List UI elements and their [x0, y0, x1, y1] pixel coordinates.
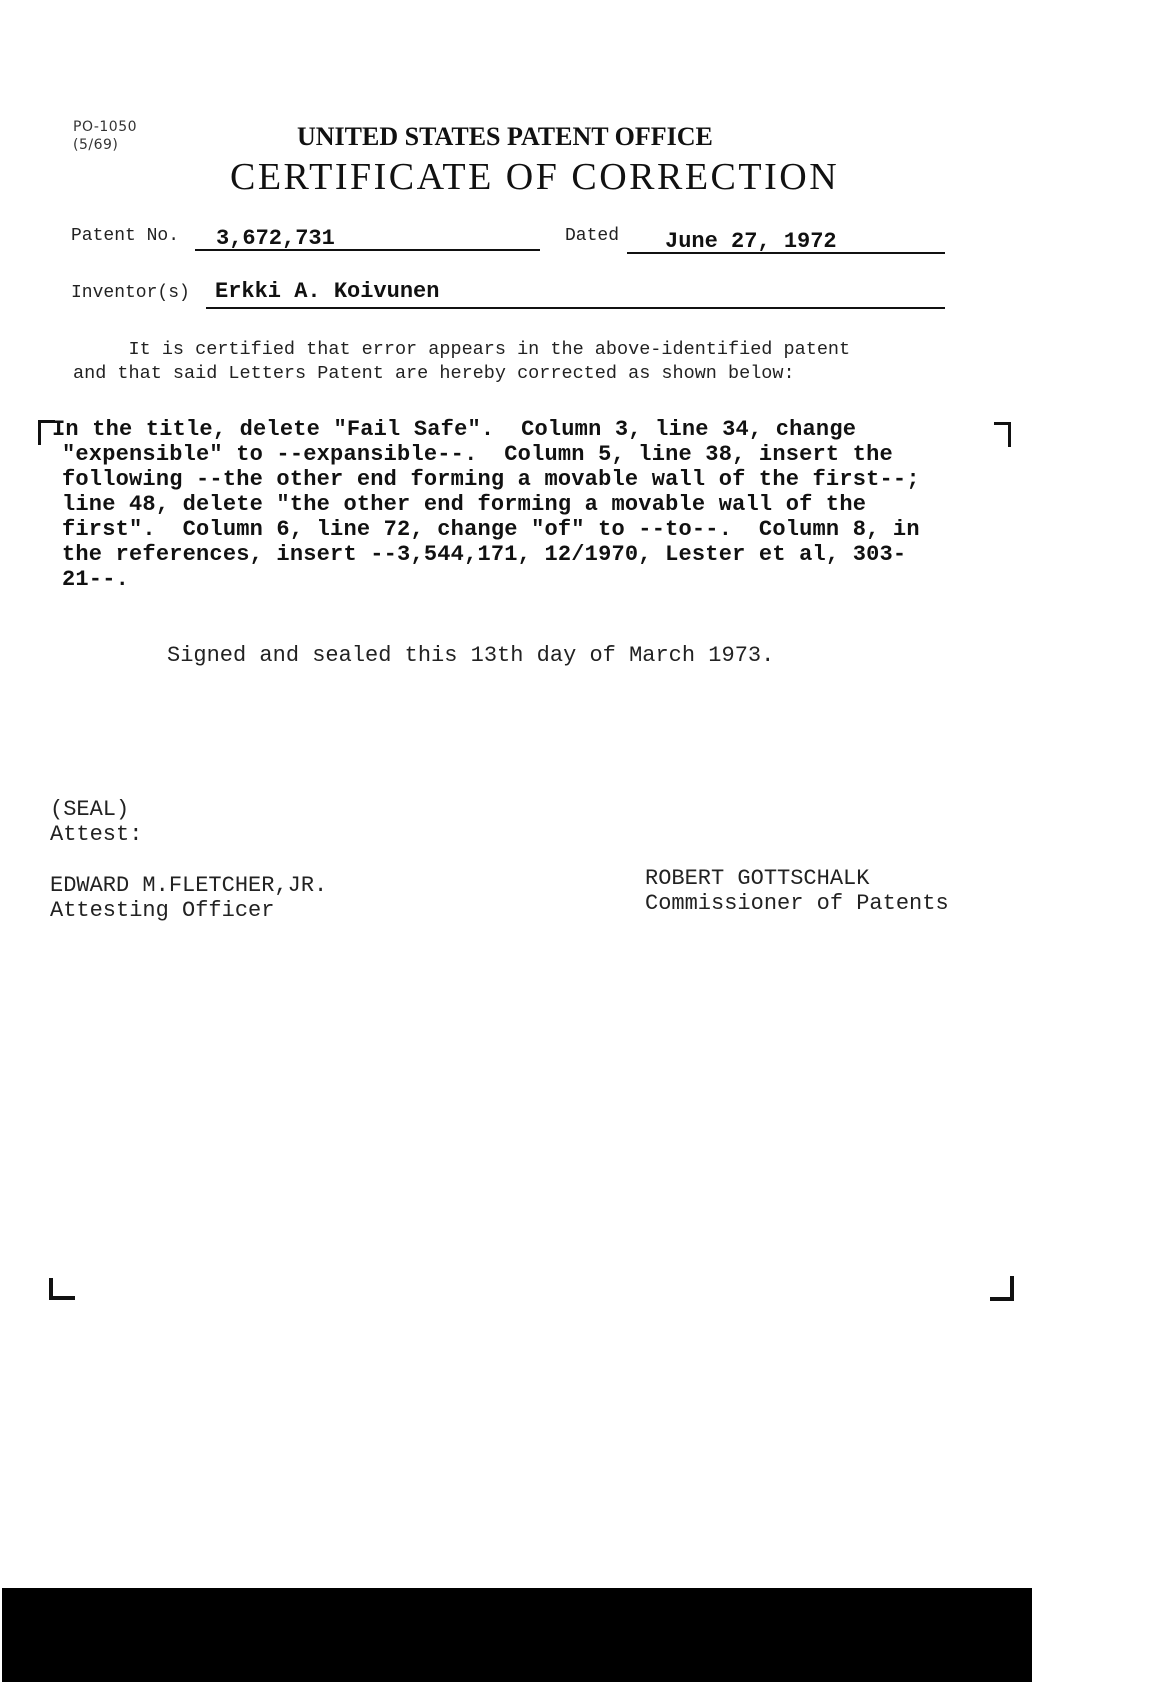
correction-line: In the title, delete "Fail Safe". Column… [52, 417, 856, 442]
form-code: PO-1050 [73, 118, 137, 136]
corner-mark-bottom-right [990, 1276, 1014, 1301]
attest-label: Attest: [50, 822, 142, 847]
correction-line: following --the other end forming a mova… [62, 467, 920, 492]
seal-label: (SEAL) [50, 797, 129, 822]
corner-mark-top-right [994, 422, 1011, 447]
scan-black-bar [2, 1588, 1032, 1682]
inventors-underline [206, 307, 945, 309]
commissioner-title: Commissioner of Patents [645, 891, 949, 916]
dated-label: Dated [565, 226, 619, 246]
certification-line-1: It is certified that error appears in th… [73, 338, 850, 362]
certification-line-2: and that said Letters Patent are hereby … [73, 362, 795, 386]
attesting-officer-name: EDWARD M.FLETCHER,JR. [50, 873, 327, 898]
inventors-label: Inventor(s) [71, 283, 190, 303]
correction-line: the references, insert --3,544,171, 12/1… [62, 542, 906, 567]
correction-line: 21--. [62, 567, 129, 592]
patent-no-label: Patent No. [71, 226, 179, 246]
commissioner-name: ROBERT GOTTSCHALK [645, 866, 869, 891]
patent-no-underline [195, 249, 540, 251]
correction-line: "expensible" to --expansible--. Column 5… [62, 442, 893, 467]
dated-value: June 27, 1972 [665, 229, 837, 254]
correction-line: first". Column 6, line 72, change "of" t… [62, 517, 920, 542]
form-revision: (5/69) [73, 136, 118, 154]
office-name: UNITED STATES PATENT OFFICE [297, 122, 713, 152]
corner-mark-bottom-left [49, 1278, 75, 1300]
signed-sealed-line: Signed and sealed this 13th day of March… [167, 643, 774, 668]
attesting-officer-title: Attesting Officer [50, 898, 274, 923]
document-title: CERTIFICATE OF CORRECTION [230, 155, 839, 199]
dated-underline [627, 252, 945, 254]
patent-no-value: 3,672,731 [216, 226, 335, 251]
correction-line: line 48, delete "the other end forming a… [62, 492, 866, 517]
inventors-value: Erkki A. Koivunen [215, 279, 439, 304]
